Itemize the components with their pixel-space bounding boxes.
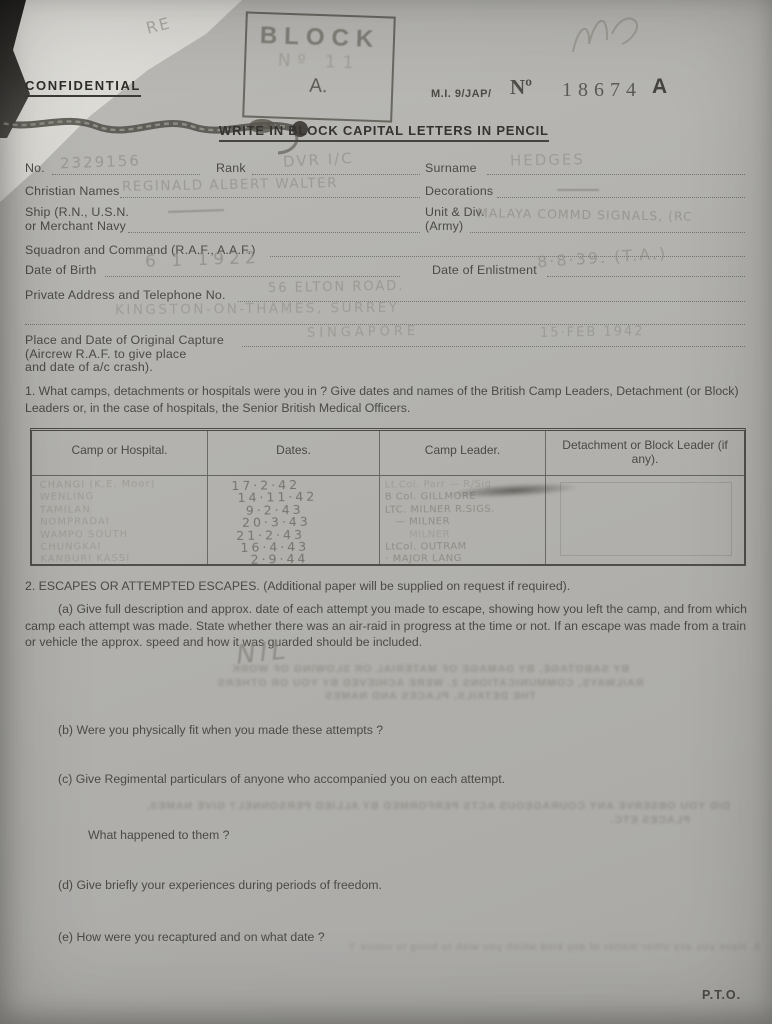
fold-pencil-scribble: RE [144,13,173,38]
form-reference-number: 18674 [562,79,642,102]
question-2c-followup-text: What happened to them ? [88,827,230,844]
date-of-birth-value: 6 1 1922 [145,248,261,272]
bleedthrough-text-block: DID YOU OBSERVE ANY COURAGEOUS ACTS PERF… [110,800,730,827]
decorations-nil-dash [557,189,599,191]
unit-label-line2: (Army) [425,219,463,233]
form-title: WRITE IN BLOCK CAPITAL LETTERS IN PENCIL [219,123,549,142]
private-address-value2: KINGSTON-ON-THAMES, SURREY [115,300,400,318]
surname-field-value: HEDGES [510,150,585,169]
scanned-pow-questionnaire-page: RE CONFIDENTIAL BLOCK Nº 11 A. M.I. 9/JA… [0,0,772,1024]
rank-field-value: DVR I/C [283,149,355,171]
question-1-text: 1. What camps, detachments or hospitals … [25,383,752,416]
squadron-line [270,243,745,257]
private-address-value1: 56 ELTON ROAD. [268,279,405,296]
block-stamp-number: Nº 11 [246,49,393,74]
question-2e-text: (e) How were you recaptured and on what … [58,929,325,946]
capture-label-line2: (Aircrew R.A.F. to give place [25,347,186,361]
camp-table-header-detachment: Detachment or Block Leader (if any). [546,431,744,475]
bleedthrough-table-outline [560,482,732,556]
ship-label-line1: Ship (R.N., U.S.N. [25,205,129,219]
bleedthrough-line: RAILWAYS, COMMUNICATIONS 2. WERE ACHIEVE… [125,677,735,691]
bleedthrough-line: PLACES ETC. [110,814,730,828]
form-series-letter: A [652,75,667,99]
binding-shadow [0,0,40,142]
number-field-label: No. [25,161,45,175]
bleedthrough-line: THE DETAILS, PLACES AND NAMES [125,690,735,704]
bleedthrough-text-block: 6. Have you any other matter of any kind… [290,941,760,955]
enlistment-label: Date of Enlistment [432,263,537,277]
bleedthrough-line: 6. Have you any other matter of any kind… [290,941,760,955]
decorations-label: Decorations [425,184,493,198]
form-reference-prefix: M.I. 9/JAP/ [431,88,492,100]
number-field-value: 2329156 [60,152,141,173]
ship-nil-dash [168,209,224,213]
camp-table: Camp or Hospital. Dates. Camp Leader. De… [30,428,746,566]
private-address-label: Private Address and Telephone No. [25,288,226,302]
date-of-birth-label: Date of Birth [25,263,96,277]
camp-column: CHANGI (K.E. Moor) WENLING TAMILAN NOMPR… [32,476,208,565]
bleedthrough-text-block: BY SABOTAGE, BY DAMAGE OF MATERIAL OR SL… [125,663,735,704]
capture-label-line1: Place and Date of Original Capture [25,333,224,347]
unit-label-line1: Unit & Div. [425,205,485,219]
bleedthrough-line: BY SABOTAGE, BY DAMAGE OF MATERIAL OR SL… [125,663,735,677]
dates-column: 17·2·42 14·11·42 9·2·43 20·3·43 21·2·43 … [208,476,380,565]
pencil-squiggle [573,18,637,52]
christian-names-label: Christian Names [25,184,120,198]
table-row-leader: MILNER [385,528,545,542]
question-2b-text: (b) Were you physically fit when you mad… [58,722,383,739]
camp-table-body: CHANGI (K.E. Moor) WENLING TAMILAN NOMPR… [32,476,744,565]
question-2d-text: (d) Give briefly your experiences during… [58,877,382,894]
capture-date-value: 15·FEB 1942 [540,324,645,341]
form-reference-no-label: Nº [510,75,532,100]
block-stamp-letter: A. [245,73,392,100]
page-turn-over-marker: P.T.O. [702,988,741,1002]
decorations-line [497,184,745,198]
camp-table-header-row: Camp or Hospital. Dates. Camp Leader. De… [32,431,744,476]
bleedthrough-line: DID YOU OBSERVE ANY COURAGEOUS ACTS PERF… [110,800,730,814]
confidential-marking: CONFIDENTIAL [25,78,141,97]
question-2c-text: (c) Give Regimental particulars of anyon… [58,771,505,788]
capture-place-value: SINGAPORE [307,324,419,341]
camp-table-header-camp: Camp or Hospital. [32,431,208,475]
question-2-heading: 2. ESCAPES OR ATTEMPTED ESCAPES. (Additi… [25,578,752,595]
ship-line [128,219,420,233]
table-row-leader: · MAJOR LANG [385,553,545,567]
table-row-date: 2·9·44 [233,552,380,567]
rank-field-label: Rank [216,161,246,175]
question-2a-text: (a) Give full description and approx. da… [25,601,754,651]
ship-label-line2: or Merchant Navy [25,219,126,233]
surname-field-label: Surname [425,161,477,175]
camp-table-header-dates: Dates. [208,431,380,475]
block-number-stamp: BLOCK Nº 11 A. [242,11,396,122]
camp-table-header-leader: Camp Leader. [380,431,546,475]
table-row-camp: KANBURI KASSI [40,553,207,567]
capture-label-line3: and date of a/c crash). [25,360,153,374]
